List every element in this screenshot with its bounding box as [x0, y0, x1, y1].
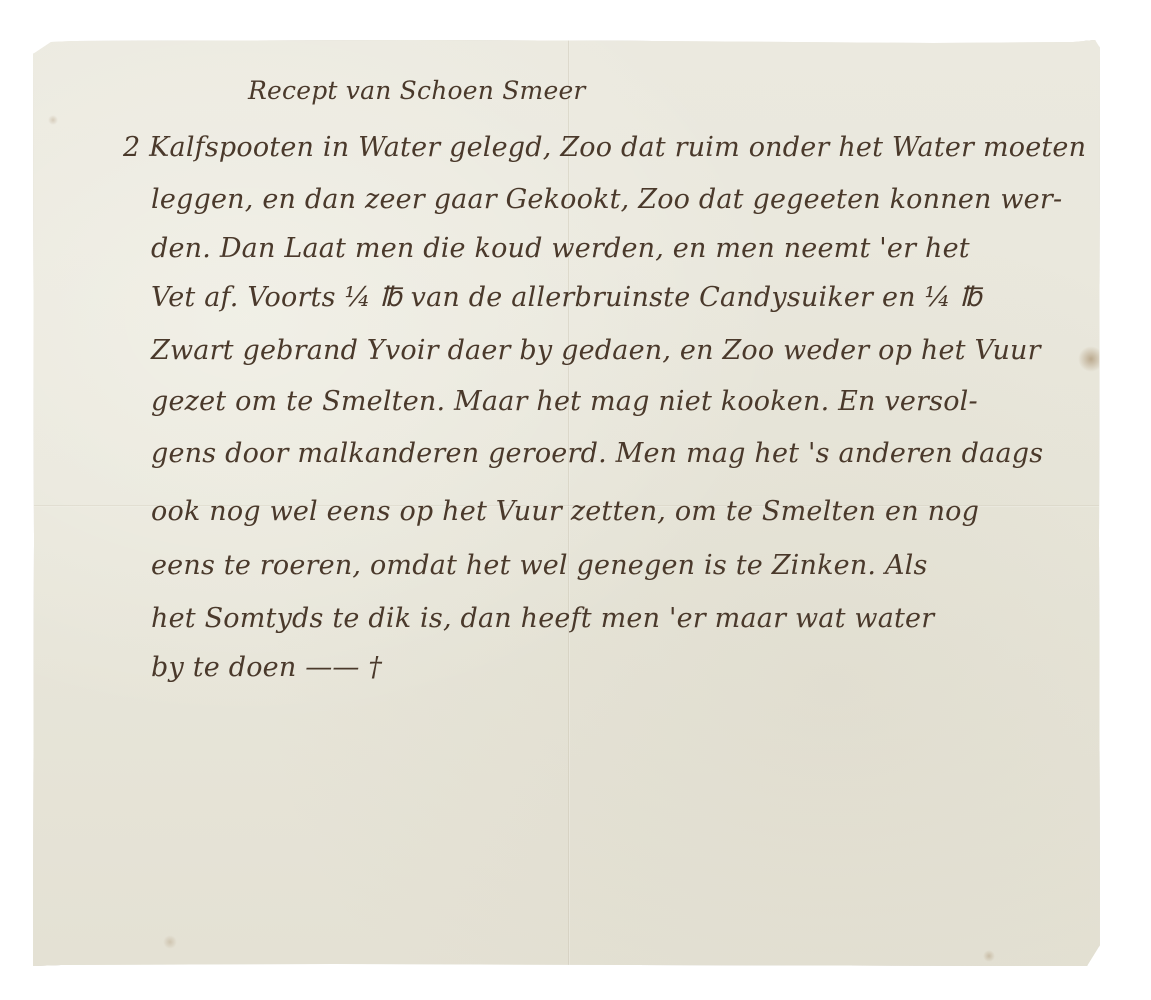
brown-stain-right-edge	[1078, 346, 1104, 372]
manuscript-sheet: Recept van Schoen Smeer 2 Kalfspooten in…	[33, 40, 1100, 966]
manuscript-line-8: ook nog wel eens op het Vuur zetten, om …	[151, 496, 979, 527]
manuscript-line-11: by te doen —— †	[151, 652, 382, 683]
manuscript-line-6: gezet om te Smelten. Maar het mag niet k…	[151, 386, 978, 417]
manuscript-line-5: Zwart gebrand Yvoir daer by gedaen, en Z…	[151, 335, 1041, 366]
manuscript-line-7: gens door malkanderen geroerd. Men mag h…	[151, 438, 1043, 469]
recipe-title: Recept van Schoen Smeer	[248, 76, 586, 105]
manuscript-line-9: eens te roeren, omdat het wel genegen is…	[151, 550, 928, 581]
manuscript-line-10: het Somtyds te dik is, dan heeft men 'er…	[151, 603, 934, 634]
small-stain-left	[48, 115, 58, 125]
manuscript-line-4: Vet af. Voorts ¼ ℔ van de allerbruinste …	[151, 282, 982, 313]
top-left-corner-crease	[21, 10, 138, 81]
small-stain-bottom-left	[163, 935, 177, 949]
small-stain-bottom-right	[983, 950, 995, 962]
photo-stage: Recept van Schoen Smeer 2 Kalfspooten in…	[0, 0, 1151, 1000]
manuscript-line-1: 2 Kalfspooten in Water gelegd, Zoo dat r…	[123, 132, 1086, 163]
manuscript-line-2: leggen, en dan zeer gaar Gekookt, Zoo da…	[151, 184, 1062, 215]
manuscript-line-3: den. Dan Laat men die koud werden, en me…	[151, 233, 970, 264]
